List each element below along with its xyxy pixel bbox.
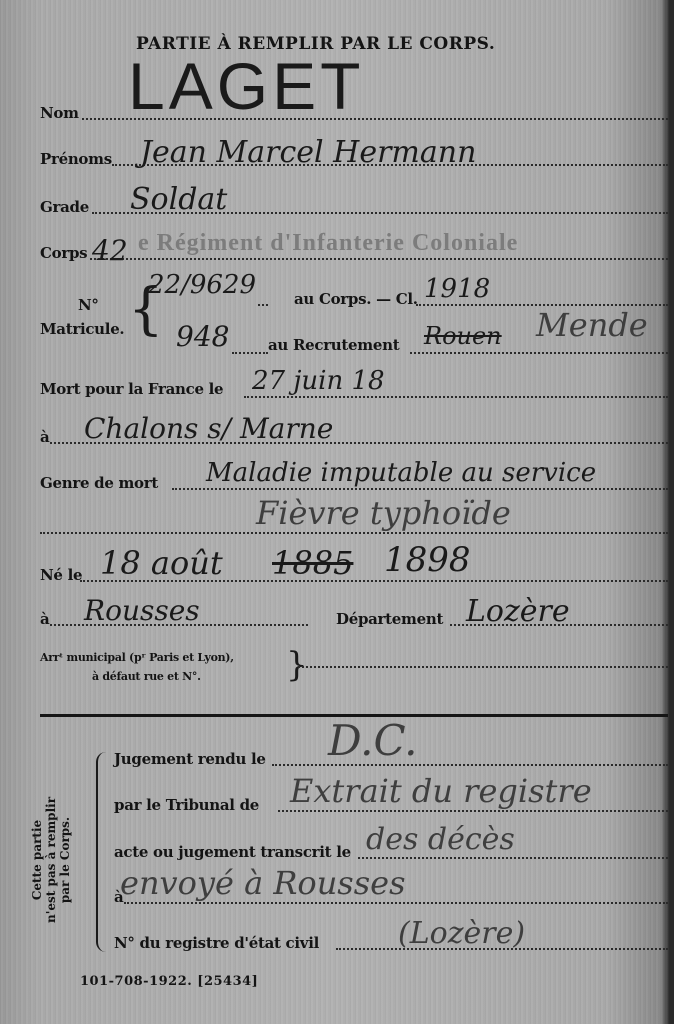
label-au-recrutement: au Recrutement [268, 336, 399, 354]
line-matricule-corps [258, 304, 268, 306]
value-prenoms: Jean Marcel Hermann [140, 135, 476, 170]
line-a-transcription [124, 902, 668, 904]
value-nom: LAGET [128, 48, 364, 124]
label-matricule: Matricule. [40, 320, 124, 338]
value-a-transcription: envoyé à Rousses [120, 864, 406, 902]
line-corps [90, 258, 668, 260]
value-acte-transcrit: des décès [366, 822, 515, 857]
line-tribunal [278, 810, 668, 812]
label-jugement-rendu: Jugement rendu le [114, 750, 266, 768]
line-genre-de-mort-2 [40, 532, 668, 534]
value-date-naissance: 18 août [100, 544, 223, 582]
label-mort-pour-la-france: Mort pour la France le [40, 380, 223, 398]
line-genre-de-mort [172, 488, 668, 490]
value-tribunal: Extrait du registre [290, 772, 592, 810]
value-matricule-recrutement: 948 [176, 320, 229, 353]
line-date-deces [244, 396, 668, 398]
label-lieu-naissance: à [40, 610, 49, 628]
line-recrutement [410, 352, 668, 354]
value-genre-de-mort-1: Maladie imputable au service [206, 458, 596, 488]
death-record-card: PARTIE À REMPLIR PAR LE CORPS. Nom LAGET… [0, 0, 674, 1024]
value-date-deces: 27 juin 18 [252, 366, 385, 396]
label-lieu-deces: à [40, 428, 49, 446]
label-genre-de-mort: Genre de mort [40, 474, 158, 492]
value-genre-de-mort-2: Fièvre typhoïde [256, 494, 511, 532]
label-arr-municipal-2: à défaut rue et N°. [92, 670, 201, 683]
side-bracket [96, 752, 106, 952]
value-corps-number: 42 [92, 234, 128, 267]
side-note-line-1: Cette partie [30, 780, 44, 940]
label-ne-le: Né le [40, 566, 82, 584]
arr-municipal-brace: } [286, 648, 308, 682]
value-lieu-naissance: Rousses [84, 594, 200, 627]
value-annee-naissance: 1898 [384, 540, 471, 580]
label-au-corps: au Corps. — Cl. [294, 290, 418, 308]
scan-edge [669, 0, 674, 1024]
value-classe: 1918 [424, 274, 490, 304]
value-recrutement-struck: Rouen [424, 322, 502, 350]
label-corps: Corps [40, 244, 87, 262]
label-grade: Grade [40, 198, 89, 216]
value-departement: Lozère [466, 594, 570, 629]
line-arr-municipal [298, 666, 668, 668]
line-matricule-recrutement [232, 352, 268, 354]
line-acte-transcrit [358, 857, 668, 859]
label-prenoms: Prénoms [40, 150, 112, 168]
value-recrutement: Mende [536, 306, 648, 344]
label-tribunal: par le Tribunal de [114, 796, 259, 814]
value-lieu-deces: Chalons s/ Marne [84, 412, 333, 445]
value-annee-naissance-struck: 1885 [272, 544, 353, 582]
label-nom: Nom [40, 104, 79, 122]
side-note-line-3: par le Corps. [58, 780, 72, 940]
label-arr-municipal-1: Arrᵗ municipal (pʳ Paris et Lyon), [40, 651, 234, 664]
label-registre: N° du registre d'état civil [114, 934, 319, 952]
label-departement: Département [336, 610, 443, 628]
label-no: N° [78, 296, 99, 314]
value-registre: (Lozère) [398, 916, 525, 951]
value-jugement-rendu: D.C. [328, 716, 418, 765]
label-acte-transcrit: acte ou jugement transcrit le [114, 843, 351, 861]
value-grade: Soldat [130, 182, 227, 217]
value-matricule-corps: 22/9629 [148, 270, 256, 300]
side-note-line-2: n'est pas à remplir [44, 780, 58, 940]
form-footer-code: 101-708-1922. [25434] [80, 974, 258, 989]
regiment-stamp: e Régiment d'Infanterie Coloniale [138, 230, 518, 257]
